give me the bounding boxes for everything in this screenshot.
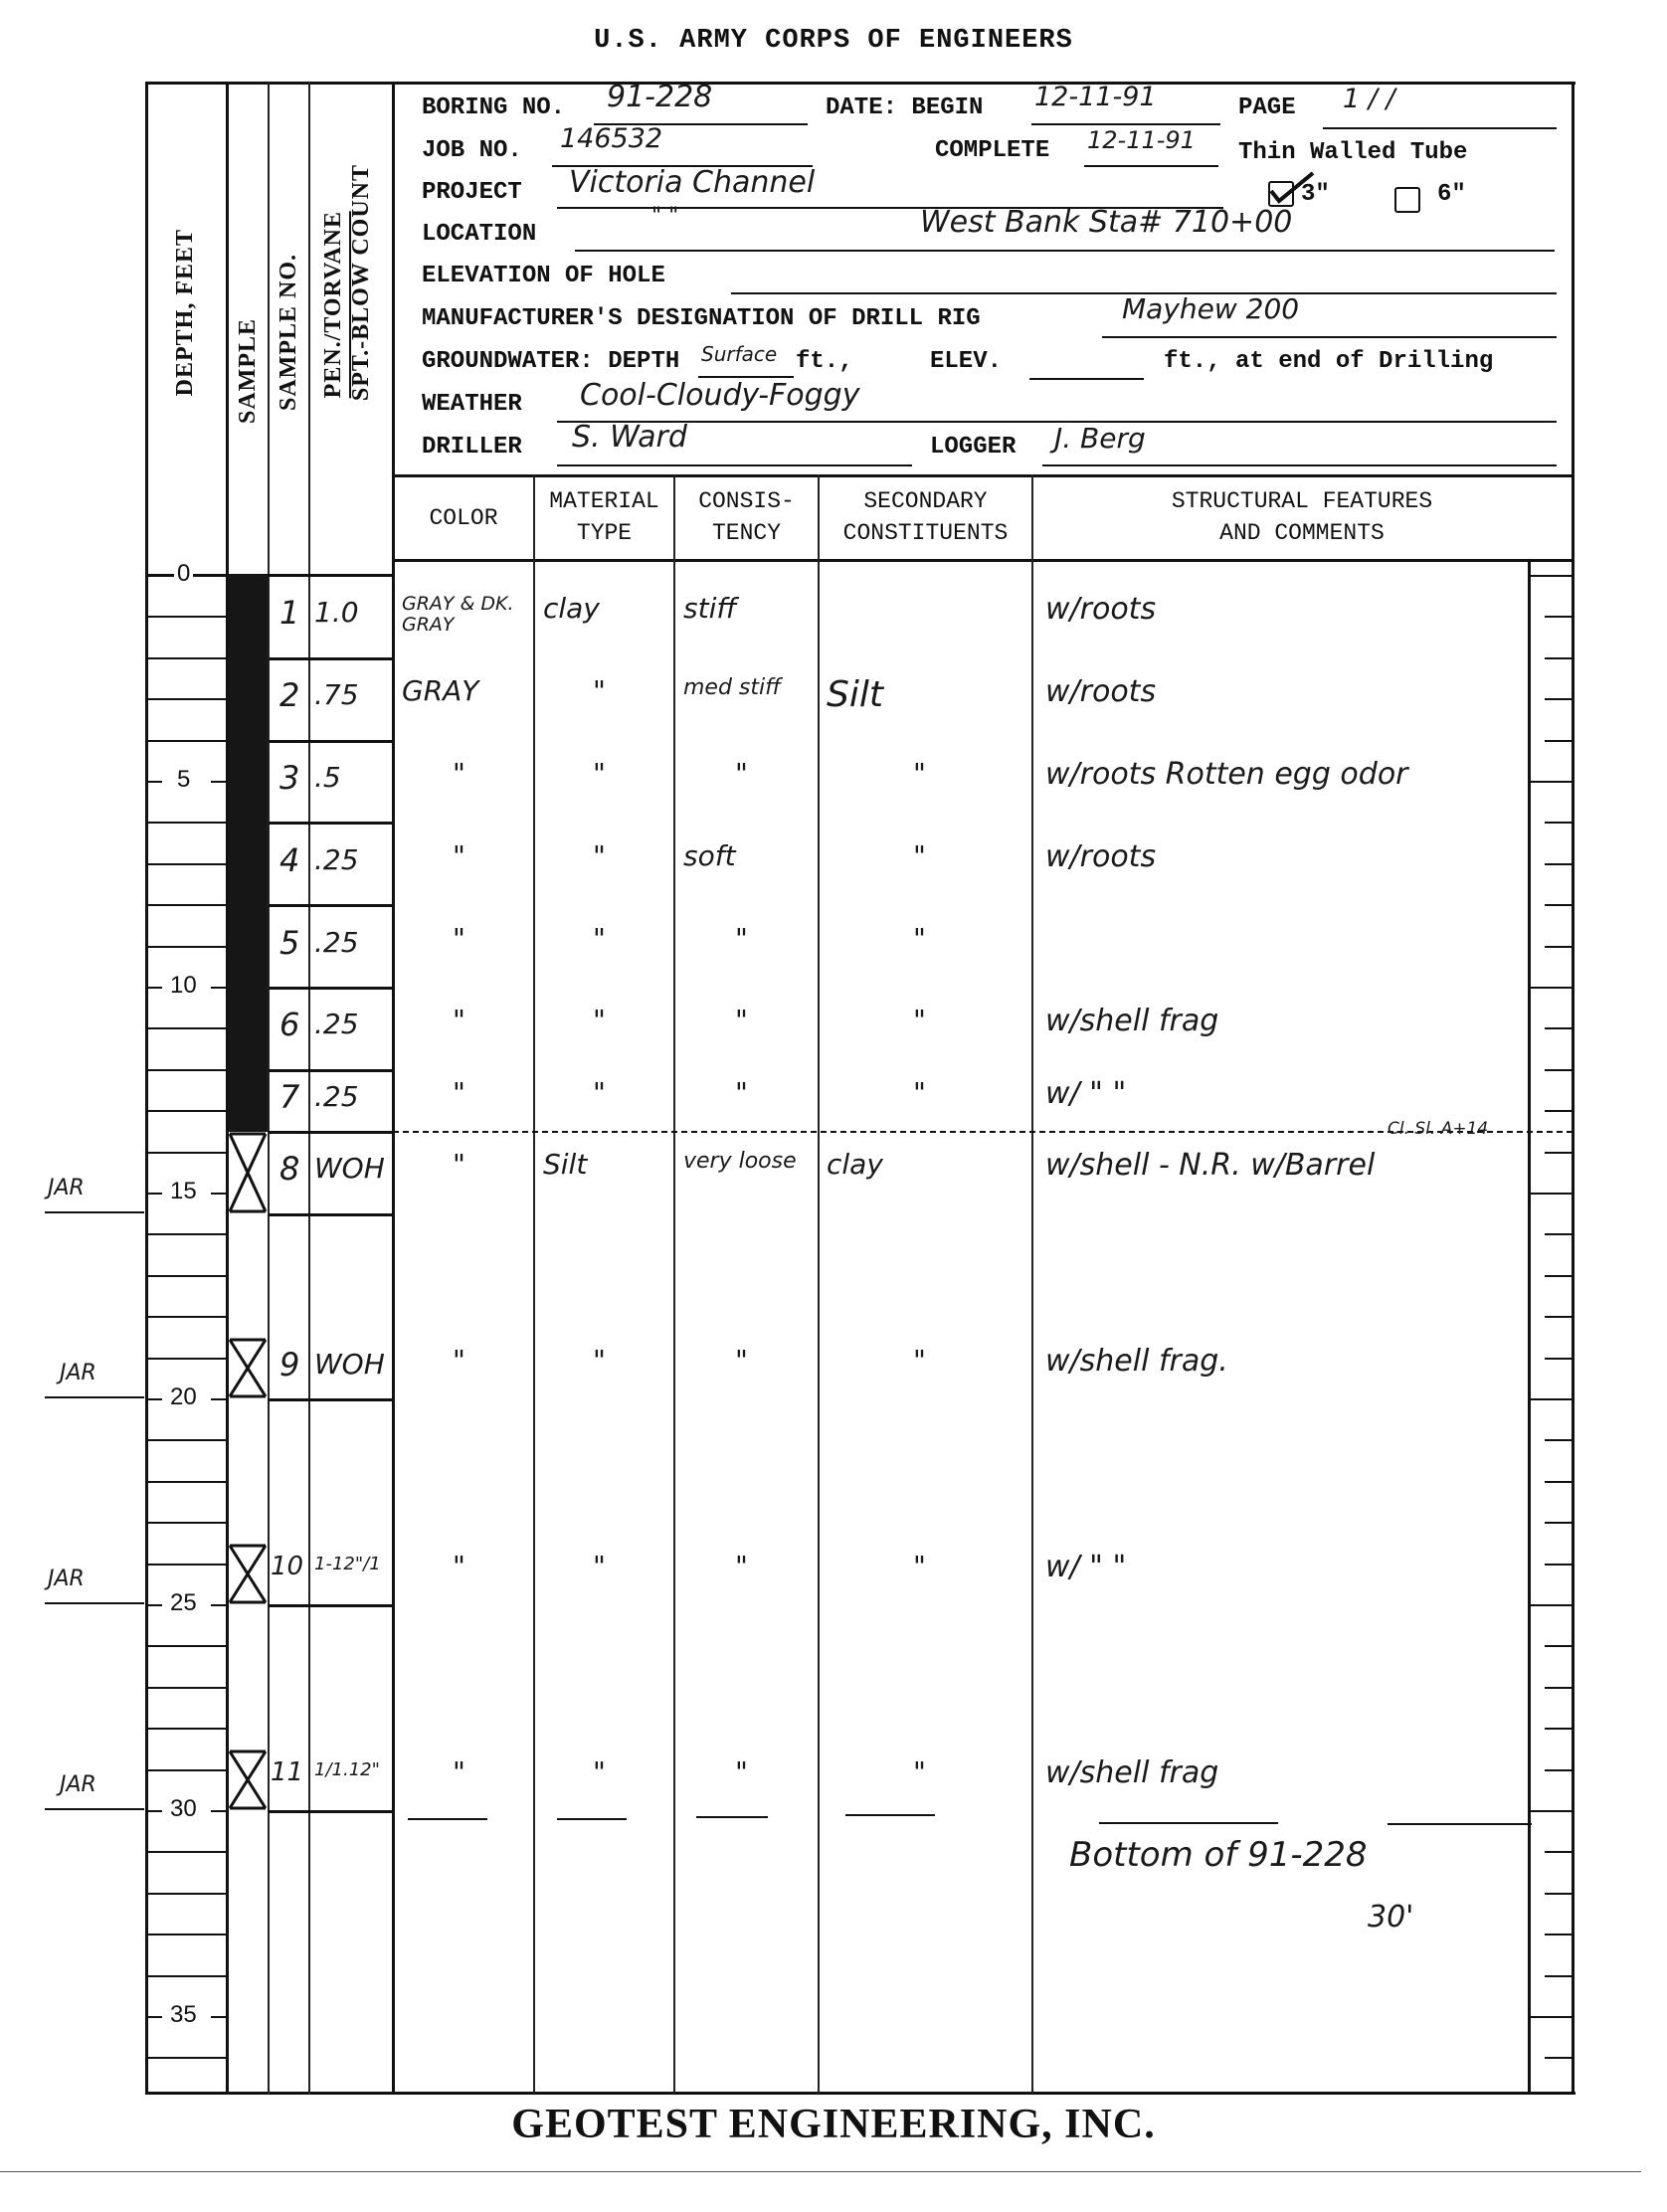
color-cell: " xyxy=(453,1078,590,1108)
location-label: LOCATION xyxy=(422,221,536,248)
pen-torvane-value: .25 xyxy=(314,926,359,959)
sample-number: 4 xyxy=(279,841,299,879)
depth-minor-tick xyxy=(146,1439,227,1441)
sample-number: 2 xyxy=(279,676,299,714)
structural-comment-annotation: Cl. Sl. A+14 xyxy=(1388,1119,1488,1139)
underline xyxy=(575,250,1555,252)
color-cell: " xyxy=(453,924,590,954)
right-strip-minor-tick xyxy=(1545,1152,1573,1154)
depth-minor-tick xyxy=(146,1769,227,1771)
structural-comments-cell: w/shell - N.R. w/Barrel xyxy=(1045,1150,1533,1182)
depth-label: 20 xyxy=(167,1383,200,1411)
sample-jar-x-icon xyxy=(227,1337,269,1398)
material-type-cell: clay xyxy=(543,594,678,624)
sample-row-divider xyxy=(269,987,393,990)
right-strip-minor-tick xyxy=(1545,822,1573,824)
depth-minor-tick xyxy=(146,1027,227,1029)
column-header-text: CONSIS- xyxy=(675,485,818,517)
drill-rig-label: MANUFACTURER'S DESIGNATION OF DRILL RIG xyxy=(422,305,981,332)
secondary-constituents-cell: Silt xyxy=(827,676,1035,714)
depth-minor-tick xyxy=(146,1564,227,1566)
color-cell: GRAY xyxy=(402,676,539,706)
job-no-value[interactable]: 146532 xyxy=(560,123,662,154)
drill-rig-value[interactable]: Mayhew 200 xyxy=(1122,292,1299,325)
sample-row-divider xyxy=(269,1213,393,1216)
location-value[interactable]: West Bank Sta# 710+00 xyxy=(920,205,1292,240)
sample-tube-band xyxy=(228,904,268,988)
depth-minor-tick xyxy=(146,1233,227,1235)
right-strip-minor-tick xyxy=(1545,1769,1573,1771)
tube-6in-label: 6" xyxy=(1437,181,1466,208)
sample-tube-band xyxy=(228,822,268,905)
depth-label: 5 xyxy=(174,766,193,794)
header-sample: SAMPLE xyxy=(235,318,262,424)
pen-torvane-value: .25 xyxy=(314,1008,359,1040)
depth-minor-tick xyxy=(146,863,227,865)
sample-row-divider xyxy=(269,1604,393,1607)
column-header-color: COLOR xyxy=(394,502,533,534)
material-type-cell: " xyxy=(593,1757,728,1787)
right-strip-minor-tick xyxy=(1545,946,1573,948)
sample-row-divider xyxy=(269,822,393,825)
depth-minor-tick xyxy=(146,2057,227,2059)
complete-label: COMPLETE xyxy=(935,137,1049,164)
page-label: PAGE xyxy=(1238,94,1296,121)
jar-side-note-underline xyxy=(45,1808,144,1810)
depth-major-tick xyxy=(211,1604,227,1606)
end-of-boring-mark xyxy=(557,1818,627,1820)
depth-major-tick xyxy=(146,987,162,989)
tube-label: Thin Walled Tube xyxy=(1238,139,1467,166)
depth-minor-tick xyxy=(146,1687,227,1689)
column-header-text: CONSTITUENTS xyxy=(820,517,1031,549)
sample-number: 3 xyxy=(279,759,299,797)
structural-comments-cell: w/shell frag xyxy=(1045,1006,1533,1037)
end-of-boring-mark xyxy=(1099,1822,1278,1824)
right-strip-minor-tick xyxy=(1545,1934,1573,1935)
depth-minor-tick xyxy=(146,1522,227,1524)
divider-sample-no xyxy=(308,82,310,2095)
depth-label: 15 xyxy=(167,1178,200,1205)
right-strip-minor-tick xyxy=(1545,616,1573,618)
depth-minor-tick xyxy=(146,616,227,618)
depth-minor-tick xyxy=(146,1481,227,1483)
structural-comments-cell: w/roots Rotten egg odor xyxy=(1045,759,1533,791)
column-header-text: TYPE xyxy=(535,517,673,549)
right-strip-minor-tick xyxy=(1545,904,1573,906)
sample-number: 10 xyxy=(271,1552,303,1581)
depth-minor-tick xyxy=(146,1975,227,1977)
right-strip-minor-tick xyxy=(1545,1439,1573,1441)
material-type-cell: Silt xyxy=(543,1150,678,1180)
depth-major-tick xyxy=(146,1193,162,1195)
jar-side-note: JAR xyxy=(48,1176,85,1200)
structural-comments-cell: w/shell frag. xyxy=(1045,1346,1533,1378)
color-cell: " xyxy=(453,1757,590,1787)
column-header-material-type: MATERIAL TYPE xyxy=(535,485,673,549)
sample-tube-band xyxy=(228,987,268,1070)
bottom-depth-note: 30' xyxy=(1368,1900,1413,1935)
pen-torvane-value: 1-12"/1 xyxy=(314,1554,381,1574)
weather-value[interactable]: Cool-Cloudy-Foggy xyxy=(580,378,859,413)
right-strip-minor-tick xyxy=(1545,1316,1573,1318)
column-header-divider xyxy=(392,559,1574,562)
bottom-of-boring-note: Bottom of 91-228 xyxy=(1069,1835,1368,1875)
jar-side-note: JAR xyxy=(60,1361,96,1385)
right-strip-minor-tick xyxy=(1545,863,1573,865)
depth-major-tick xyxy=(211,781,227,783)
column-header-text: TENCY xyxy=(675,517,818,549)
right-strip-major-tick xyxy=(1529,575,1573,577)
right-strip-major-tick xyxy=(1529,781,1573,783)
end-of-boring-mark xyxy=(1388,1823,1532,1825)
depth-major-tick xyxy=(211,2016,227,2018)
depth-minor-tick xyxy=(146,1728,227,1730)
depth-minor-tick xyxy=(146,1316,227,1318)
pen-torvane-value: .5 xyxy=(314,761,341,794)
depth-major-tick xyxy=(146,781,162,783)
depth-minor-tick xyxy=(146,904,227,906)
depth-minor-tick xyxy=(146,657,227,659)
driller-value[interactable]: S. Ward xyxy=(572,420,687,455)
right-strip-minor-tick xyxy=(1545,698,1573,700)
right-strip-major-tick xyxy=(1529,1398,1573,1400)
date-begin-label: DATE: BEGIN xyxy=(826,94,983,121)
right-strip-minor-tick xyxy=(1545,1564,1573,1566)
consistency-cell: " xyxy=(735,924,874,954)
tube-3in-label: 3" xyxy=(1301,181,1330,208)
sample-jar-x-icon xyxy=(227,1131,269,1213)
right-strip-minor-tick xyxy=(1545,1481,1573,1483)
underline xyxy=(557,464,912,466)
depth-major-tick xyxy=(211,1398,227,1400)
depth-minor-tick xyxy=(146,1358,227,1360)
header-sample-no: SAMPLE NO. xyxy=(276,254,302,411)
right-strip-minor-tick xyxy=(1545,1645,1573,1647)
depth-major-tick xyxy=(146,1398,162,1400)
header-divider xyxy=(392,474,1574,477)
consistency-cell: med stiff xyxy=(683,676,823,700)
depth-label: 10 xyxy=(167,972,200,1000)
depth-minor-tick xyxy=(146,698,227,700)
consistency-cell: soft xyxy=(683,841,823,871)
frame-bottom xyxy=(146,2092,1575,2095)
right-strip-minor-tick xyxy=(1545,1069,1573,1071)
sample-number: 5 xyxy=(279,924,299,962)
sample-tube-band xyxy=(228,575,268,658)
structural-comments-cell: w/shell frag xyxy=(1045,1757,1533,1789)
secondary-constituents-cell: " xyxy=(913,924,1122,954)
pen-torvane-value: WOH xyxy=(314,1348,385,1381)
right-strip-minor-tick xyxy=(1545,1027,1573,1029)
depth-minor-tick xyxy=(146,1110,227,1112)
divider-consistency xyxy=(818,474,820,2094)
material-type-cell: " xyxy=(593,1346,728,1376)
right-strip-minor-tick xyxy=(1545,1110,1573,1112)
location-ditto: " " xyxy=(651,204,678,229)
groundwater-label: GROUNDWATER: DEPTH xyxy=(422,348,679,375)
column-header-secondary-constituents: SECONDARY CONSTITUENTS xyxy=(820,485,1031,549)
right-strip-major-tick xyxy=(1529,2016,1573,2018)
structural-comments-cell: w/ " " xyxy=(1045,1552,1533,1583)
column-header-text: STRUCTURAL FEATURES xyxy=(1033,485,1571,517)
page-value[interactable]: 1 / / xyxy=(1343,84,1395,114)
color-cell: " xyxy=(453,1552,590,1581)
pen-torvane-value: 1.0 xyxy=(314,596,359,629)
sample-jar-x-icon xyxy=(227,1749,269,1810)
depth-major-tick xyxy=(211,987,227,989)
column-header-structural-features: STRUCTURAL FEATURES AND COMMENTS xyxy=(1033,485,1571,549)
sample-number: 1 xyxy=(279,594,299,632)
structural-comments-cell: w/ " " xyxy=(1045,1078,1533,1110)
right-strip-major-tick xyxy=(1529,1604,1573,1606)
groundwater-suffix: ft., at end of Drilling xyxy=(1164,348,1493,375)
pen-torvane-value: .25 xyxy=(314,843,359,876)
pen-torvane-value: WOH xyxy=(314,1152,385,1185)
driller-label: DRILLER xyxy=(422,434,522,461)
material-type-cell: " xyxy=(593,1078,728,1108)
job-no-label: JOB NO. xyxy=(422,137,522,164)
right-strip-minor-tick xyxy=(1545,740,1573,742)
consistency-cell: " xyxy=(735,1346,874,1376)
right-strip-minor-tick xyxy=(1545,1851,1573,1853)
underline xyxy=(1323,127,1557,129)
underline xyxy=(1042,464,1557,466)
depth-major-tick xyxy=(146,2016,162,2018)
pen-torvane-value: .25 xyxy=(314,1080,359,1113)
right-strip-major-tick xyxy=(1529,1810,1573,1812)
sample-tube-band xyxy=(228,657,268,741)
groundwater-ft-label: ft., xyxy=(796,348,853,375)
jar-side-note-underline xyxy=(45,1396,144,1398)
sample-row-divider xyxy=(269,740,393,743)
sample-tube-band xyxy=(228,1069,268,1132)
secondary-constituents-cell: clay xyxy=(827,1150,1035,1180)
end-of-boring-mark xyxy=(696,1816,768,1818)
groundwater-depth-value[interactable]: Surface xyxy=(701,342,777,366)
color-cell: " xyxy=(453,1006,590,1035)
material-type-cell: " xyxy=(593,1552,728,1581)
sample-number: 7 xyxy=(279,1078,299,1116)
sample-number: 9 xyxy=(279,1346,299,1383)
elevation-label: ELEVATION OF HOLE xyxy=(422,263,665,289)
underline xyxy=(1029,378,1144,380)
header-depth-feet: DEPTH, FEET xyxy=(172,229,199,396)
color-cell: GRAY & DK. GRAY xyxy=(402,594,539,636)
header-spt-blow-count: SPT.-BLOW COUNT xyxy=(348,164,375,401)
jar-side-note: JAR xyxy=(60,1772,96,1797)
material-type-cell: " xyxy=(593,1006,728,1035)
column-header-text: SECONDARY xyxy=(820,485,1031,517)
frame-right xyxy=(1572,82,1574,2095)
divider-pen xyxy=(392,82,395,2095)
logger-value[interactable]: J. Berg xyxy=(1054,422,1146,455)
right-strip-minor-tick xyxy=(1545,1975,1573,1977)
sample-row-divider xyxy=(269,657,393,660)
right-strip-major-tick xyxy=(1529,1193,1573,1195)
pen-torvane-value: 1/1.12" xyxy=(314,1759,380,1780)
right-strip-minor-tick xyxy=(1545,2057,1573,2059)
consistency-cell: " xyxy=(735,1757,874,1787)
depth-minor-tick xyxy=(146,740,227,742)
divider-secondary xyxy=(1031,474,1033,2094)
consistency-cell: " xyxy=(735,759,874,789)
divider-color xyxy=(533,474,535,2094)
depth-label: 35 xyxy=(167,2001,200,2029)
end-of-boring-mark xyxy=(845,1814,935,1816)
right-strip-minor-tick xyxy=(1545,1522,1573,1524)
right-strip-minor-tick xyxy=(1545,1893,1573,1895)
pen-torvane-value: .75 xyxy=(314,678,359,711)
right-strip-minor-tick xyxy=(1545,657,1573,659)
depth-minor-tick xyxy=(146,1152,227,1154)
consistency-cell: very loose xyxy=(683,1150,823,1174)
boring-no-label: BORING NO. xyxy=(422,94,565,121)
underline xyxy=(1102,336,1557,338)
logger-label: LOGGER xyxy=(930,434,1016,461)
depth-minor-tick xyxy=(146,1275,227,1277)
depth-major-tick xyxy=(146,1604,162,1606)
depth-major-tick xyxy=(211,1810,227,1812)
depth-minor-tick xyxy=(146,1645,227,1647)
sample-row-divider xyxy=(269,1069,393,1072)
column-header-text: AND COMMENTS xyxy=(1033,517,1571,549)
date-complete-value[interactable]: 12-11-91 xyxy=(1087,126,1196,154)
depth-minor-tick xyxy=(146,946,227,948)
right-strip-minor-tick xyxy=(1545,1728,1573,1730)
depth-minor-tick xyxy=(146,1934,227,1935)
sample-number: 11 xyxy=(271,1757,303,1787)
color-cell: " xyxy=(453,841,590,871)
depth-minor-tick xyxy=(146,1851,227,1853)
project-label: PROJECT xyxy=(422,179,522,206)
jar-side-note: JAR xyxy=(48,1567,85,1591)
depth-minor-tick xyxy=(146,1069,227,1071)
color-cell: " xyxy=(453,1346,590,1376)
depth-major-tick xyxy=(146,575,162,577)
depth-major-tick xyxy=(211,575,227,577)
jar-side-note-underline xyxy=(45,1211,144,1213)
material-type-cell: " xyxy=(593,759,728,789)
depth-label: 30 xyxy=(167,1795,200,1823)
date-begin-value[interactable]: 12-11-91 xyxy=(1034,82,1157,112)
sample-jar-x-icon xyxy=(227,1543,269,1604)
depth-minor-tick xyxy=(146,822,227,824)
sample-row-divider xyxy=(269,1398,393,1401)
depth-label: 0 xyxy=(174,560,193,588)
header-pen-torvane: PEN./TORVANE xyxy=(320,211,351,398)
right-strip-minor-tick xyxy=(1545,1275,1573,1277)
right-strip-major-tick xyxy=(1529,987,1573,989)
sample-number: 6 xyxy=(279,1006,299,1043)
sample-row-divider xyxy=(269,1131,393,1134)
material-type-cell: " xyxy=(593,924,728,954)
elev-label: ELEV. xyxy=(930,348,1002,375)
consistency-cell: " xyxy=(735,1552,874,1581)
right-strip-minor-tick xyxy=(1545,1233,1573,1235)
form-title: U.S. ARMY CORPS OF ENGINEERS xyxy=(0,26,1667,56)
page-edge-line xyxy=(0,2171,1641,2172)
jar-side-note-underline xyxy=(45,1602,144,1604)
sample-row-divider xyxy=(269,1810,393,1813)
underline xyxy=(1031,123,1220,125)
frame-left xyxy=(145,82,148,2095)
divider-material xyxy=(673,474,675,2094)
company-footer: GEOTEST ENGINEERING, INC. xyxy=(0,2101,1667,2148)
right-strip-minor-tick xyxy=(1545,1687,1573,1689)
color-cell: " xyxy=(453,759,590,789)
weather-label: WEATHER xyxy=(422,391,522,418)
tube-6in-checkbox[interactable] xyxy=(1394,187,1420,213)
structural-comments-cell: w/roots xyxy=(1045,841,1533,873)
depth-major-tick xyxy=(211,1193,227,1195)
depth-major-tick xyxy=(146,1810,162,1812)
column-header-text: MATERIAL xyxy=(535,485,673,517)
boring-no-value[interactable]: 91-228 xyxy=(607,80,712,114)
underline xyxy=(1084,165,1218,167)
consistency-cell: stiff xyxy=(683,594,823,624)
right-strip-minor-tick xyxy=(1545,1358,1573,1360)
sample-tube-band xyxy=(228,740,268,824)
sample-number: 8 xyxy=(279,1150,299,1188)
sample-row-divider xyxy=(269,904,393,907)
column-header-color-text: COLOR xyxy=(394,502,533,534)
structural-comments-cell: w/roots xyxy=(1045,594,1533,626)
depth-label: 25 xyxy=(167,1589,200,1617)
end-of-boring-mark xyxy=(408,1818,487,1820)
consistency-cell: " xyxy=(735,1078,874,1108)
structural-comments-cell: w/roots xyxy=(1045,676,1533,708)
depth-minor-tick xyxy=(146,1893,227,1895)
consistency-cell: " xyxy=(735,1006,874,1035)
column-header-consistency: CONSIS- TENCY xyxy=(675,485,818,549)
project-value[interactable]: Victoria Channel xyxy=(569,165,815,200)
